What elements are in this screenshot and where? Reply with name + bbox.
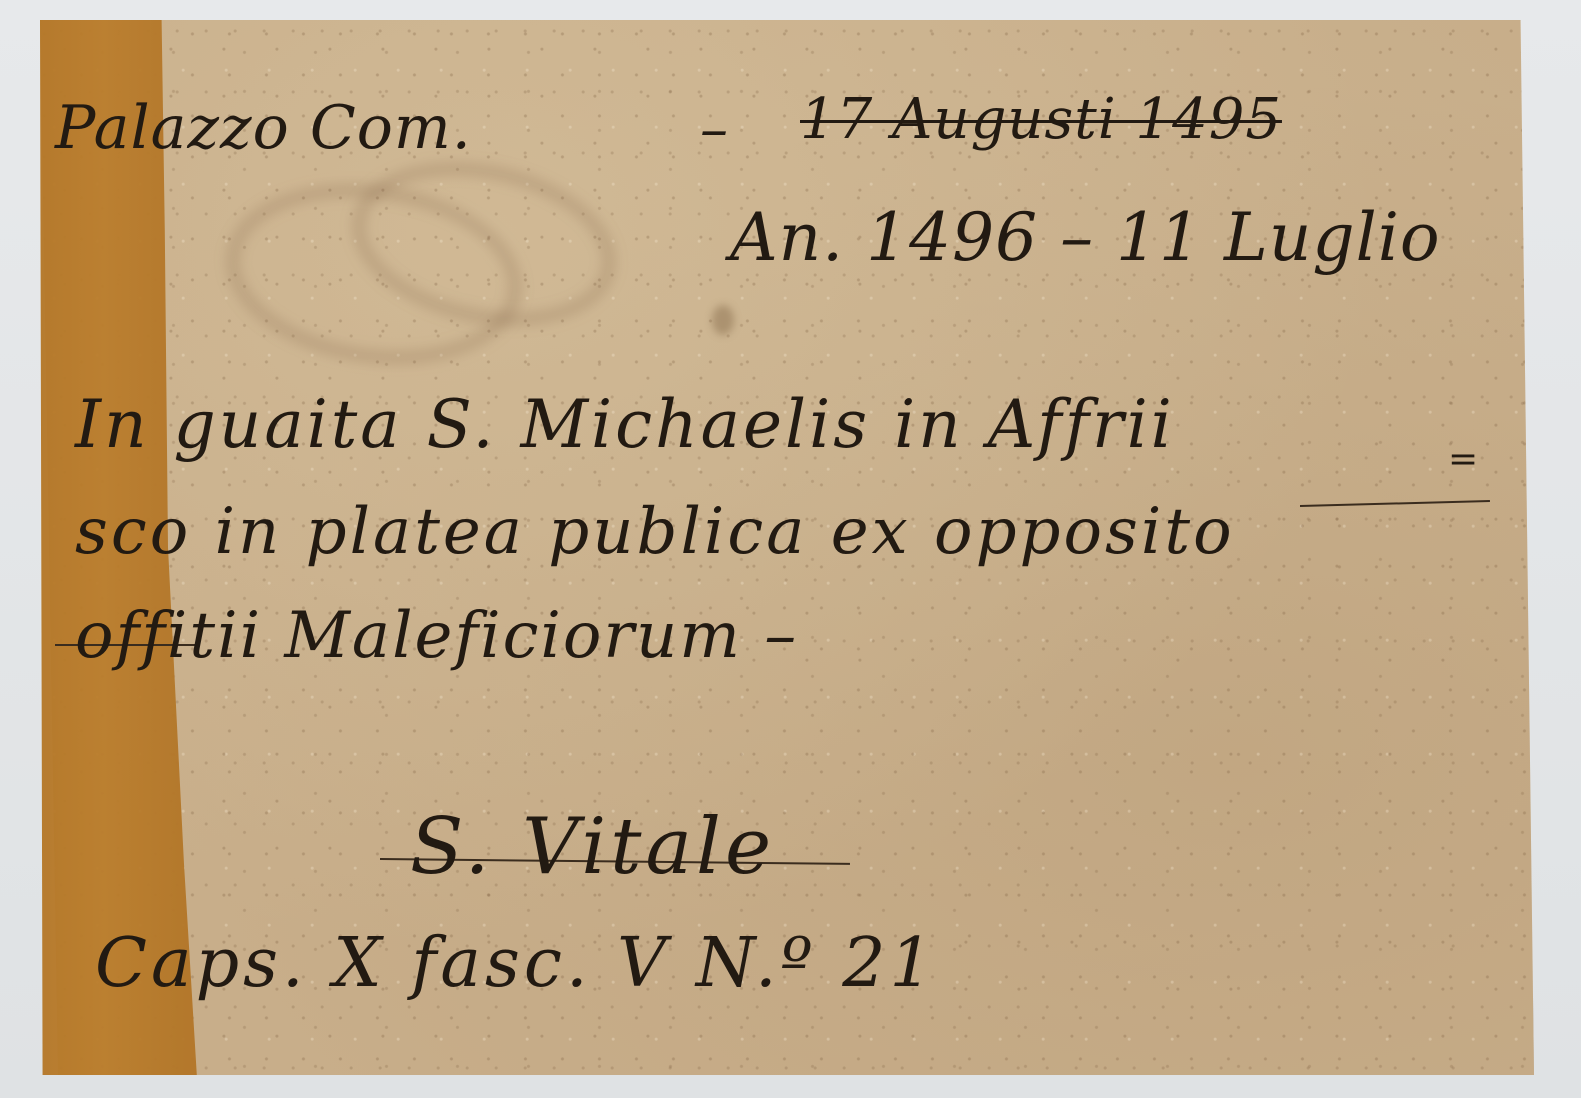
location-text: Palazzo Com. — [55, 98, 472, 158]
header-dash: – — [700, 102, 729, 158]
struck-through-date: 17 Augusti 1495 — [800, 92, 1282, 148]
signature: S. Vitale — [410, 808, 775, 886]
archive-reference: Caps. X fasc. V N.º 21 — [95, 930, 937, 998]
corrected-date: An. 1496 – 11 Luglio — [730, 205, 1441, 271]
line-continuation-hyphen: = — [1448, 442, 1479, 478]
body-line-1: In guaita S. Michaelis in Affrii — [75, 392, 1175, 458]
ink-stain-dot — [712, 305, 734, 335]
body-line-3: offitii Maleficiorum – — [75, 604, 798, 668]
body-line-2: sco in platea publica ex opposito — [75, 500, 1235, 564]
